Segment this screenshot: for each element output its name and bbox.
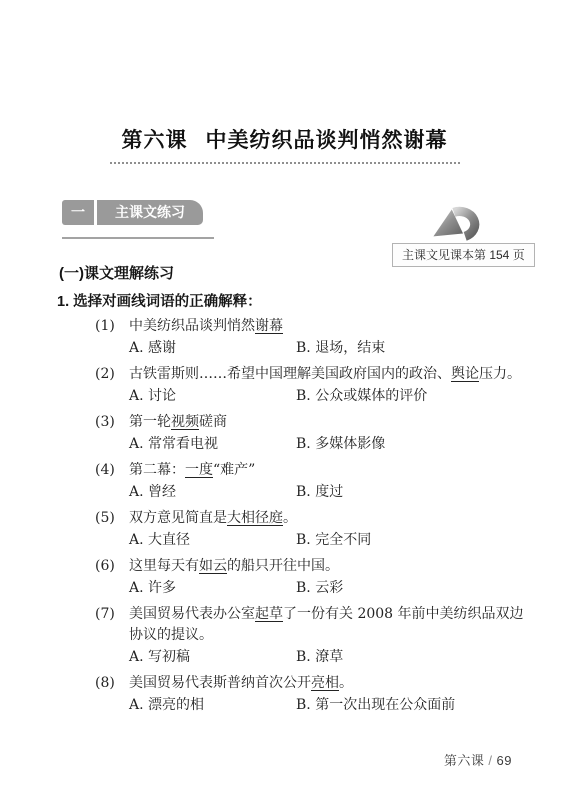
textbook-page: 第六课中美纺织品谈判悄然谢幕 一 主课文练习 主课文见课本第 154 页 (一)… [0, 0, 569, 800]
question-options: A. 写初稿B. 潦草 [129, 647, 531, 668]
underlined-word: 谢幕 [255, 318, 283, 334]
question-text: 美国贸易代表办公室起草了一份有关 2008 年前中美纺织品双边协议的提议。 [129, 604, 531, 646]
question-post: 的船只开往中国。 [227, 558, 339, 574]
option-a: A. 曾经 [129, 482, 296, 503]
question-text: 双方意见简直是大相径庭。 [129, 508, 531, 529]
lesson-name: 中美纺织品谈判悄然谢幕 [206, 129, 448, 152]
underlined-word: 舆论 [451, 366, 479, 382]
question-options: A. 漂亮的相B. 第一次出现在公众面前 [129, 695, 531, 716]
option-a: A. 写初稿 [129, 647, 296, 668]
footer-lesson: 第六课 [444, 753, 485, 768]
section-badge-label: 主课文练习 [97, 200, 203, 225]
question-number: (5) [95, 508, 129, 551]
section-badge-underline [62, 237, 214, 239]
question-text: 第一轮视频磋商 [129, 412, 531, 433]
question-options: A. 感谢B. 退场，结束 [129, 338, 531, 359]
question-number: (3) [95, 412, 129, 455]
option-a: A. 大直径 [129, 530, 296, 551]
option-b: B. 度过 [296, 484, 343, 500]
section-badge: 一 主课文练习 [62, 200, 203, 225]
question-options: A. 许多B. 云彩 [129, 578, 531, 599]
option-b: B. 公众或媒体的评价 [296, 388, 427, 404]
exercise-title: 1. 选择对画线词语的正确解释： [57, 290, 262, 311]
question-options: A. 常常看电视B. 多媒体影像 [129, 434, 531, 455]
underlined-word: 视频 [171, 414, 199, 430]
question-item-4: (4) 第二幕：一度“难产” A. 曾经B. 度过 [95, 460, 531, 503]
question-item-8: (8) 美国贸易代表斯普纳首次公开亮相。 A. 漂亮的相B. 第一次出现在公众面… [95, 673, 531, 716]
question-post: 。 [339, 675, 353, 691]
option-b: B. 第一次出现在公众面前 [296, 697, 455, 713]
question-number: (2) [95, 364, 129, 407]
question-text: 中美纺织品谈判悄然谢幕 [129, 316, 531, 337]
question-item-2: (2) 古铁雷斯则……希望中国理解美国政府国内的政治、舆论压力。 A. 讨论B.… [95, 364, 531, 407]
option-a: A. 漂亮的相 [129, 695, 296, 716]
question-pre: 古铁雷斯则……希望中国理解美国政府国内的政治、 [129, 366, 451, 382]
question-post: 。 [283, 510, 297, 526]
question-number: (8) [95, 673, 129, 716]
question-pre: 第一轮 [129, 414, 171, 430]
question-options: A. 讨论B. 公众或媒体的评价 [129, 386, 531, 407]
question-item-6: (6) 这里每天有如云的船只开往中国。 A. 许多B. 云彩 [95, 556, 531, 599]
option-b: B. 云彩 [296, 580, 343, 596]
question-pre: 第二幕： [129, 462, 185, 478]
option-a: A. 许多 [129, 578, 296, 599]
question-post: 磋商 [199, 414, 227, 430]
footer-separator: / [488, 753, 492, 768]
question-text: 古铁雷斯则……希望中国理解美国政府国内的政治、舆论压力。 [129, 364, 531, 385]
question-pre: 美国贸易代表办公室 [129, 606, 255, 622]
question-pre: 美国贸易代表斯普纳首次公开 [129, 675, 311, 691]
question-list: (1) 中美纺织品谈判悄然谢幕 A. 感谢B. 退场，结束 (2) 古铁雷斯则…… [95, 316, 531, 721]
page-footer: 第六课/69 [444, 750, 512, 769]
question-post: 压力。 [479, 366, 521, 382]
underlined-word: 亮相 [311, 675, 339, 691]
option-a: A. 感谢 [129, 338, 296, 359]
question-number: (6) [95, 556, 129, 599]
section-badge-number: 一 [62, 200, 94, 225]
reference-note: 主课文见课本第 154 页 [392, 243, 535, 267]
underlined-word: 如云 [199, 558, 227, 574]
question-pre: 中美纺织品谈判悄然 [129, 318, 255, 334]
option-b: B. 退场，结束 [296, 340, 385, 356]
question-item-1: (1) 中美纺织品谈判悄然谢幕 A. 感谢B. 退场，结束 [95, 316, 531, 359]
option-b: B. 完全不同 [296, 532, 371, 548]
question-number: (7) [95, 604, 129, 668]
option-b: B. 潦草 [296, 649, 343, 665]
option-a: A. 讨论 [129, 386, 296, 407]
question-number: (4) [95, 460, 129, 503]
lesson-number: 第六课 [122, 129, 188, 152]
question-number: (1) [95, 316, 129, 359]
question-text: 美国贸易代表斯普纳首次公开亮相。 [129, 673, 531, 694]
underlined-word: 起草 [255, 606, 283, 622]
question-options: A. 大直径B. 完全不同 [129, 530, 531, 551]
question-pre: 双方意见简直是 [129, 510, 227, 526]
question-item-5: (5) 双方意见简直是大相径庭。 A. 大直径B. 完全不同 [95, 508, 531, 551]
question-item-3: (3) 第一轮视频磋商 A. 常常看电视B. 多媒体影像 [95, 412, 531, 455]
underlined-word: 大相径庭 [227, 510, 283, 526]
lesson-title: 第六课中美纺织品谈判悄然谢幕 [0, 124, 569, 164]
lesson-title-text: 第六课中美纺织品谈判悄然谢幕 [110, 124, 460, 164]
question-text: 这里每天有如云的船只开往中国。 [129, 556, 531, 577]
question-post: “难产” [213, 462, 255, 478]
subsection-title: (一)课文理解练习 [59, 262, 174, 283]
footer-page-number: 69 [497, 753, 512, 768]
question-pre: 这里每天有 [129, 558, 199, 574]
return-arrow-icon [420, 194, 492, 242]
question-text: 第二幕：一度“难产” [129, 460, 531, 481]
question-options: A. 曾经B. 度过 [129, 482, 531, 503]
question-item-7: (7) 美国贸易代表办公室起草了一份有关 2008 年前中美纺织品双边协议的提议… [95, 604, 531, 668]
option-a: A. 常常看电视 [129, 434, 296, 455]
underlined-word: 一度 [185, 462, 213, 478]
option-b: B. 多媒体影像 [296, 436, 385, 452]
